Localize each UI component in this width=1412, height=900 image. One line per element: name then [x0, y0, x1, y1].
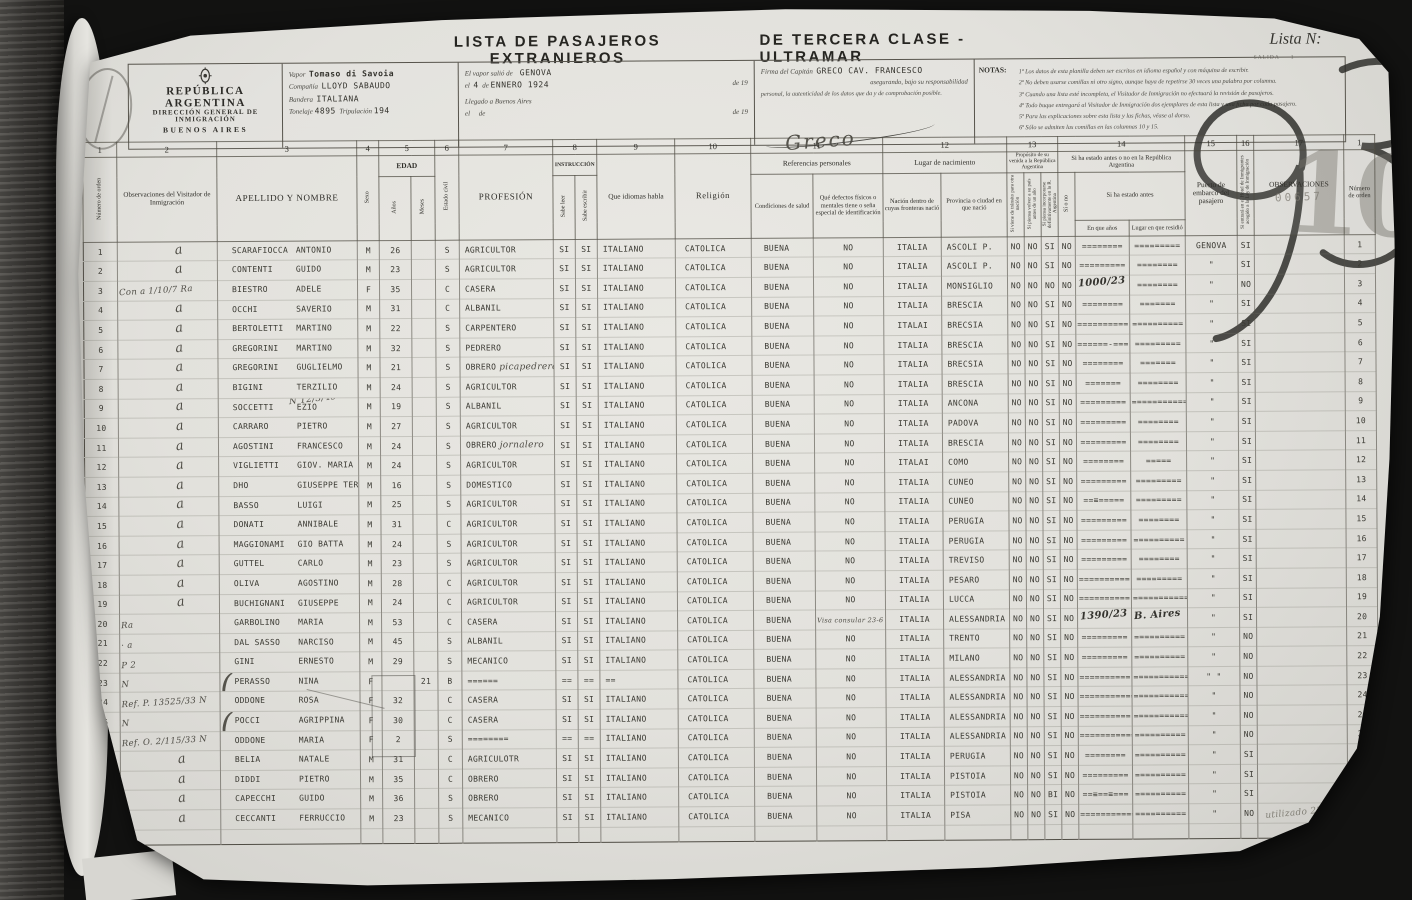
colnum-9: 9 — [597, 139, 675, 154]
cell-pt: " — [1186, 431, 1238, 451]
cell-def: NO — [813, 237, 883, 257]
colnum-12: 12 — [883, 137, 1007, 153]
cell-sn: NO — [1058, 275, 1075, 295]
cell-rel: CATOLICA — [676, 395, 752, 415]
cell-pr: MECANICO — [463, 808, 557, 828]
cell-nac: ITALIA — [886, 707, 944, 727]
cell-sl: == — [556, 729, 578, 749]
cell-def: NO — [814, 316, 884, 336]
cell-lr: ======= — [1130, 353, 1186, 373]
cell-se: == — [578, 729, 600, 749]
cell-p2: NO — [1027, 707, 1044, 727]
cell-obs: a — [117, 261, 217, 281]
cell-ob — [1257, 626, 1347, 646]
cell-se: SI — [576, 415, 598, 435]
cell-se: SI — [578, 611, 600, 631]
cell-prv: ANCONA — [942, 393, 1008, 413]
cell-ob — [1255, 313, 1345, 333]
lista-number-label: Lista N: — [1269, 30, 1321, 48]
cell-p2: NO — [1024, 276, 1041, 296]
cell-def: NO — [816, 688, 886, 708]
cell-sl: SI — [556, 631, 578, 651]
header-lugar-nacimiento: Lugar de nacimiento — [883, 152, 1007, 174]
cell-m — [413, 456, 437, 476]
cell-idm: == — [600, 670, 678, 690]
header-anos: Años — [392, 201, 398, 214]
cell-se: SI — [577, 572, 599, 592]
cell-lr: =========== — [1130, 392, 1186, 412]
cell-n: 23 — [86, 673, 120, 693]
cell-obs: a — [118, 437, 218, 457]
cell-n: 7 — [84, 360, 118, 380]
cell-n: 3 — [83, 281, 117, 301]
colnum-8: 8 — [553, 139, 597, 154]
cell-ec: B — [438, 671, 462, 691]
cell-m: 21 — [414, 671, 438, 691]
cell-name: BUCHIGNANIGIUSEPPE — [219, 593, 359, 613]
cell-ec: S — [436, 397, 460, 417]
cell-lr: ========= — [1131, 471, 1187, 491]
cell-lr: ========== — [1130, 314, 1186, 334]
cell-n2: 1 — [1344, 234, 1375, 254]
cell-sl: SI — [553, 239, 575, 259]
cell-a: 23 — [381, 554, 413, 574]
cell-p3: SI — [1042, 413, 1059, 433]
captain-line1: asegurando, bajo su responsabilidad — [761, 79, 968, 87]
cell-ob: utilizado 23-4 — [1258, 803, 1348, 823]
cell-lr: ======== — [1130, 431, 1186, 451]
cell-pt: " — [1188, 725, 1240, 745]
cell-m — [413, 554, 437, 574]
cell-ec: S — [435, 260, 459, 280]
cell-sl: SI — [555, 572, 577, 592]
cell-ea: ======== — [1076, 295, 1130, 315]
cell-ea: ======-=== — [1076, 334, 1130, 354]
cell-name: DAL SASSONARCISO — [220, 632, 360, 652]
cell-se: SI — [578, 749, 600, 769]
cell-n2: 23 — [1347, 665, 1378, 685]
cell-pr: CASERA — [459, 279, 553, 299]
cell-sn: NO — [1059, 373, 1076, 393]
handwritten-over-dashes: 1000/23 — [1078, 275, 1126, 289]
cell-ec: S — [436, 377, 460, 397]
cell-se: SI — [577, 513, 599, 533]
cell-sx: M — [357, 240, 379, 260]
cell-lr: ========= — [1131, 490, 1187, 510]
cell-a: 53 — [382, 613, 414, 633]
cell-nac: ITALIA — [886, 668, 944, 688]
cell-n2: 24 — [1347, 685, 1378, 705]
cell-pt: " — [1187, 529, 1239, 549]
cell-p1: NO — [1008, 374, 1025, 394]
cell-ht: SI — [1241, 784, 1258, 804]
cell-nac: ITALIA — [884, 433, 942, 453]
cell-p1: NO — [1010, 648, 1027, 668]
cell-idm: ITALIANO — [599, 552, 677, 572]
cell-pr: MECANICO — [462, 651, 556, 671]
cell-name: GREGORINIMARTINO — [218, 339, 358, 359]
table-body: 1aSCARAFIOCCAANTONIOM26SAGRICULTORSISIIT… — [83, 234, 1379, 845]
cell-sl: SI — [554, 357, 576, 377]
handwritten-profession: picapedrero — [499, 362, 554, 372]
cell-ht: SI — [1239, 588, 1256, 608]
cell-idm: ITALIANO — [598, 435, 676, 455]
cell-prv: ASCOLI P. — [941, 256, 1007, 276]
cell-ec: S — [436, 416, 460, 436]
cell-rel: CATOLICA — [679, 787, 755, 807]
cell-ob — [1256, 509, 1346, 529]
visitor-observation-hw: Ref. O. 2/115/33 N — [122, 734, 219, 750]
cell-sl: SI — [556, 690, 578, 710]
cell-nac: ITALIA — [883, 257, 941, 277]
passenger-list-page: LISTA DE PASAJEROS EXTRANIEROS DE TERCER… — [74, 6, 1396, 884]
cell-lr: ========== — [1132, 745, 1188, 765]
captain-box: Firma del Capitán GRECO CAV. FRANCESCO a… — [755, 60, 976, 145]
cell-sal: BUENA — [754, 669, 816, 689]
cell-sl: SI — [553, 259, 575, 279]
cell-p1: NO — [1010, 726, 1027, 746]
cell-pt: GENOVA — [1185, 235, 1237, 255]
cell-sn: NO — [1059, 432, 1076, 452]
cell-sx: F — [357, 280, 379, 300]
cell-a: 24 — [380, 377, 412, 397]
cell-pt: " " — [1188, 666, 1240, 686]
cell-sal: BUENA — [751, 238, 813, 258]
cell-sx: M — [358, 417, 380, 437]
cell-p2: NO — [1028, 805, 1045, 825]
cell-sn: NO — [1060, 471, 1077, 491]
cell-pt: " — [1187, 451, 1239, 471]
cell-p3: SI — [1044, 609, 1061, 629]
cell-idm: ITALIANO — [600, 729, 678, 749]
cell-p1: NO — [1007, 276, 1024, 296]
cell-sal: BUENA — [755, 786, 817, 806]
cell-a: 24 — [380, 436, 412, 456]
cell-sal: BUENA — [754, 767, 816, 787]
cell-def: NO — [815, 570, 885, 590]
cell-a: 26 — [379, 240, 411, 260]
cell-a: 31 — [381, 515, 413, 535]
book-binding — [0, 0, 64, 900]
cell-p3: SI — [1042, 373, 1059, 393]
empty-cell — [579, 827, 601, 842]
cell-def: NO — [815, 492, 885, 512]
cell-idm: ITALIANO — [597, 278, 675, 298]
cell-a: 16 — [381, 475, 413, 495]
cell-lr: ========= — [1129, 236, 1185, 256]
cell-obs: a — [119, 516, 219, 536]
cell-ht: SI — [1240, 607, 1257, 627]
cell-sl: SI — [554, 298, 576, 318]
cell-obs: Ref. O. 2/115/33 N — [120, 731, 220, 751]
cell-prv: TRENTO — [944, 629, 1010, 649]
cell-m — [414, 710, 438, 730]
cell-p1: NO — [1008, 315, 1025, 335]
cell-n2: 8 — [1345, 372, 1376, 392]
cell-p2: NO — [1025, 413, 1042, 433]
cell-ht: SI — [1237, 235, 1254, 255]
cell-a: 28 — [381, 573, 413, 593]
cell-p1: NO — [1009, 511, 1026, 531]
header-edad: EDAD — [379, 155, 435, 176]
cell-ea: =========== — [1079, 804, 1133, 824]
empty-cell — [415, 828, 439, 843]
cell-se: SI — [578, 690, 600, 710]
cell-p1: NO — [1009, 550, 1026, 570]
cell-rel: CATOLICA — [678, 650, 754, 670]
cell-obs: a — [118, 379, 218, 399]
cell-ec: S — [435, 240, 459, 260]
cell-rel: CATOLICA — [677, 552, 753, 572]
cell-lr: ========== — [1132, 725, 1188, 745]
cell-sx: M — [358, 378, 380, 398]
cell-ob — [1255, 293, 1345, 313]
visitor-observation-hw: a — [120, 496, 218, 516]
cell-pt: " — [1186, 333, 1238, 353]
cell-n: 12 — [85, 458, 119, 478]
visitor-observation-hw: N — [121, 675, 218, 691]
cell-prv: ALESSANDRIA — [944, 726, 1010, 746]
colnum-6: 6 — [435, 140, 459, 155]
colnum-7: 7 — [459, 140, 553, 156]
cell-lr: =========== — [1131, 588, 1187, 608]
cell-ea: ========= — [1077, 549, 1131, 569]
cell-ec: S — [438, 651, 462, 671]
cell-se: SI — [577, 455, 599, 475]
empty-cell — [601, 826, 679, 841]
cell-ea: ========= — [1076, 432, 1130, 452]
cell-sx: M — [359, 476, 381, 496]
visitor-observation-hw: a — [121, 751, 219, 771]
cell-ea: ==≡===== — [1077, 491, 1131, 511]
header-prop3: Si piensa incorporarse definitivamente e… — [1042, 173, 1058, 234]
cell-ec: S — [439, 789, 463, 809]
cell-obs: a — [119, 575, 219, 595]
visitor-observation-hw: Ra — [121, 616, 218, 632]
cell-p3: SI — [1044, 687, 1061, 707]
cell-name: ODDONEROSA — [220, 691, 360, 711]
cell-sal: BUENA — [753, 453, 815, 473]
cell-sx: M — [358, 397, 380, 417]
cell-name: GARBOLINOMARIA — [220, 613, 360, 633]
cell-idm: ITALIANO — [599, 533, 677, 553]
cell-def: NO — [814, 355, 884, 375]
cell-prv: BRECSIA — [942, 354, 1008, 374]
cell-sl: SI — [556, 710, 578, 730]
cell-a: 23 — [383, 808, 415, 828]
cell-ec: S — [437, 553, 461, 573]
cell-pr: OBRERO — [462, 768, 556, 788]
argentina-crest-icon — [199, 67, 212, 84]
cell-se: SI — [577, 474, 599, 494]
cell-name: BIESTROADELE — [217, 280, 357, 300]
cell-se: SI — [577, 494, 599, 514]
cell-pr: ALBANIL — [462, 631, 556, 651]
cell-ec: S — [437, 534, 461, 554]
cell-ea: ========= — [1076, 393, 1130, 413]
header-defectos: Qué defectos físicos o mentales tiene o … — [813, 173, 883, 237]
cell-p3: BI — [1045, 785, 1062, 805]
cell-ea: ========= — [1075, 255, 1129, 275]
cell-idm: ITALIANO — [598, 395, 676, 415]
cell-sal: BUENA — [754, 610, 816, 630]
handwritten-over-dashes: 1390/23 — [1080, 608, 1128, 622]
cell-sl: SI — [557, 788, 579, 808]
cell-ec: S — [436, 318, 460, 338]
cell-ht: SI — [1238, 314, 1255, 334]
cell-sx: M — [359, 456, 381, 476]
cell-pr: AGRICULTOR — [459, 259, 553, 279]
cell-idm: ITALIANO — [601, 807, 679, 827]
cell-pt: " — [1187, 470, 1239, 490]
cell-nac: ITALIA — [885, 492, 943, 512]
cell-a: 35 — [379, 279, 411, 299]
cell-m — [415, 808, 439, 828]
cell-p1: NO — [1010, 766, 1027, 786]
cell-sal: BUENA — [752, 316, 814, 336]
cell-pr: OBREROpicapedrero — [460, 357, 554, 377]
cell-prv: BRECSIA — [942, 315, 1008, 335]
table-header: 1 2 3 4 5 6 7 8 9 10 11 12 13 14 15 16 1 — [83, 135, 1376, 243]
cell-sn: NO — [1062, 785, 1079, 805]
cell-p1: NO — [1009, 570, 1026, 590]
cell-rel: CATOLICA — [676, 415, 752, 435]
cell-a: 25 — [381, 495, 413, 515]
cell-sx: M — [359, 534, 381, 554]
cell-ob — [1256, 568, 1346, 588]
cell-ea: ========= — [1077, 471, 1131, 491]
cell-pt: " — [1188, 608, 1240, 628]
visitor-observation-hw: a — [119, 339, 217, 359]
salio-value: GENOVA — [520, 68, 552, 77]
cell-m — [412, 338, 436, 358]
cell-ea: ========= — [1078, 628, 1132, 648]
org-city: BUENOS AIRES — [135, 125, 276, 135]
cell-ec: S — [437, 475, 461, 495]
cell-sn: NO — [1060, 491, 1077, 511]
cell-ec: S — [437, 456, 461, 476]
cell-ea: ========== — [1077, 569, 1131, 589]
cell-obs: N — [120, 673, 220, 693]
cell-p2: NO — [1027, 628, 1044, 648]
cell-ht: NO — [1240, 666, 1257, 686]
cell-n: 14 — [85, 497, 119, 517]
cell-pt: " — [1187, 549, 1239, 569]
cell-se: SI — [576, 357, 598, 377]
cell-n: 27 — [86, 752, 120, 772]
cell-ht: NO — [1240, 647, 1257, 667]
stamp-00657: 00657 — [1255, 190, 1342, 206]
cell-ht: SI — [1238, 333, 1255, 353]
cell-pr: DOMESTICO — [461, 475, 555, 495]
header-instruccion: INSTRUCCIÓN — [553, 154, 597, 175]
cell-rel: CATOLICA — [676, 434, 752, 454]
cell-n: 19 — [85, 595, 119, 615]
cell-nac: ITALIA — [886, 727, 944, 747]
cell-p2: NO — [1024, 236, 1041, 256]
cell-n2: 15 — [1346, 509, 1377, 529]
cell-ht: SI — [1238, 372, 1255, 392]
empty-cell — [1028, 824, 1045, 839]
empty-cell — [87, 830, 121, 845]
cell-ob — [1257, 646, 1347, 666]
cell-sl: SI — [556, 768, 578, 788]
cell-a: 27 — [380, 417, 412, 437]
cell-sx: M — [360, 770, 382, 790]
cell-ob — [1254, 254, 1344, 274]
cell-sl: SI — [556, 612, 578, 632]
cell-rel: CATOLICA — [676, 375, 752, 395]
cell-ht: NO — [1241, 803, 1258, 823]
cell-lr: ======== — [1130, 373, 1186, 393]
cell-rel: CATOLICA — [678, 748, 754, 768]
cell-idm: ITALIANO — [600, 650, 678, 670]
cell-ea: ======== — [1078, 745, 1132, 765]
cell-ea: ========= — [1077, 530, 1131, 550]
cell-n2: 30 — [1348, 803, 1379, 823]
cell-def: NO — [815, 473, 885, 493]
cell-rel: CATOLICA — [677, 493, 753, 513]
cell-def: NO — [816, 747, 886, 767]
cell-p1: NO — [1009, 472, 1026, 492]
cell-pt: " — [1186, 412, 1238, 432]
cell-a: 35 — [382, 769, 414, 789]
cell-ht: NO — [1240, 705, 1257, 725]
cell-pr: PEDRERO — [460, 337, 554, 357]
cell-se: SI — [579, 807, 601, 827]
cell-sl: SI — [556, 749, 578, 769]
org-country: REPÚBLICA ARGENTINA — [135, 85, 276, 110]
cell-sx: M — [360, 613, 382, 633]
cell-obs: Con a 1/10/7 Ra — [117, 281, 217, 301]
visitor-observation-hw: a — [120, 516, 218, 536]
cell-sn: NO — [1059, 315, 1076, 335]
cell-n2: 13 — [1346, 470, 1377, 490]
visitor-observation-hw: a — [120, 575, 218, 595]
cell-p1: NO — [1010, 628, 1027, 648]
cell-nac: ITALIA — [883, 237, 941, 257]
cell-ea: ======== — [1075, 236, 1129, 256]
cell-ec: C — [437, 573, 461, 593]
cell-name: BELIANATALE — [220, 750, 360, 770]
cell-def: NO — [813, 277, 883, 297]
cell-p1: NO — [1009, 589, 1026, 609]
cell-prv: ASCOLI P. — [941, 237, 1007, 257]
cell-sal: BUENA — [752, 414, 814, 434]
cell-p2: NO — [1026, 570, 1043, 590]
cell-p2: NO — [1025, 354, 1042, 374]
cell-p1: NO — [1008, 335, 1025, 355]
cell-m — [412, 299, 436, 319]
cell-ea: ========= — [1078, 765, 1132, 785]
cell-ht: NO — [1240, 627, 1257, 647]
cell-p2: NO — [1025, 295, 1042, 315]
cell-pr: AGRICULTOR — [461, 533, 555, 553]
cell-name: ODDONEMARIA — [220, 730, 360, 750]
cell-def: NO — [814, 433, 884, 453]
colnum-2: 2 — [117, 142, 217, 158]
cell-idm: ITALIANO — [598, 337, 676, 357]
empty-cell — [817, 825, 887, 840]
cell-ea: 1000/23 — [1075, 275, 1129, 295]
header-profesion: PROFESIÓN — [459, 155, 554, 240]
empty-cell — [1189, 823, 1241, 838]
cell-p3: SI — [1043, 550, 1060, 570]
cell-n2: 2 — [1344, 254, 1375, 274]
cell-prv: PERUGIA — [944, 746, 1010, 766]
cell-ob — [1256, 548, 1346, 568]
empty-cell — [221, 828, 361, 844]
